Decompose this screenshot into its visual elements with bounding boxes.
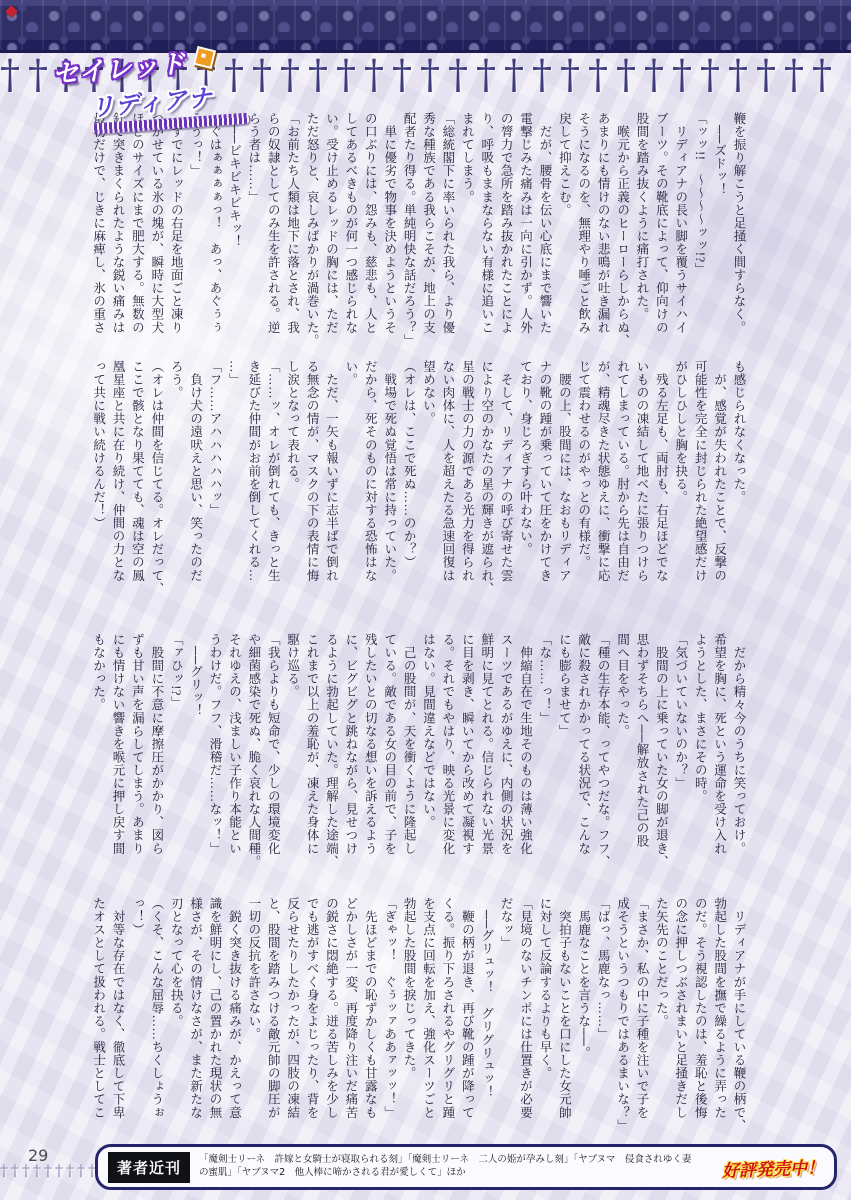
text-line: 刃となって心を抉る。	[166, 897, 185, 1139]
book-title-list: 「魔剣士リーネ 許嫁と女騎士が寝取られる刻」「魔剣士リーネ 二人の姫が孕みし刻」…	[199, 1154, 713, 1180]
text-line: 望めない。	[418, 360, 437, 602]
text-line: ここで骸となり果てても、魂は空の鳳	[127, 360, 146, 602]
text-line: 電撃じみた痛みは一向に引かず。人外	[515, 112, 534, 354]
text-line: もなかった。	[88, 633, 107, 875]
text-line: 戦場で死ぬ覚悟は常に持っていた。	[379, 360, 398, 602]
text-line: 突拍子もないことを口にした女元帥	[554, 897, 573, 1139]
text-line: あまりにも情けのない悲鳴が吐き漏れ	[593, 112, 612, 354]
text-line: 鋭く突き抜ける痛みが、かえって意	[224, 897, 243, 1139]
text-line: により空のかなたの星の輝きが遮られ、	[476, 360, 495, 602]
text-band-3: だから精々今のうちに笑っておけ。希望を胸に、死という運命を受け入れようとした、ま…	[88, 633, 748, 875]
text-line: だから精々今のうちに笑っておけ。	[729, 633, 748, 875]
text-line: 間へ目をやった。	[612, 633, 631, 875]
text-line: 腰の上、股間には、なおもリディア	[554, 360, 573, 602]
text-line: にも膨らませて」	[554, 633, 573, 875]
text-line: 股間の上に乗っていた女の脚が退き、	[651, 633, 670, 875]
text-line: き延びた仲間がお前を倒してくれる…	[243, 360, 262, 602]
text-line: に対して反論するよりも早く。	[535, 897, 554, 1139]
text-line: し涙となって表れる。	[282, 360, 301, 602]
text-line: 最初だけで、じきに麻痺し、氷の重さ	[88, 112, 107, 354]
text-line: に目を剥き、瞬いてから改めて凝視す	[457, 633, 476, 875]
text-line: ている。敵である女の目の前で、子を	[379, 633, 398, 875]
text-line: いものの凍結して地べたに張りつけら	[632, 360, 651, 602]
text-line: 「ばっ、馬鹿なっ……」	[593, 897, 612, 1139]
text-line: 「まさか、私の中に子種を注いで子を	[632, 897, 651, 1139]
text-line: り、呼吸もままならない有様に追いこ	[476, 112, 495, 354]
text-line: はない。見間違えなどではない。	[418, 633, 437, 875]
text-line: らの奴隷としてのみ生を許される。逆	[263, 112, 282, 354]
text-line: まれてしまう。	[457, 112, 476, 354]
text-line: それゆえの、浅ましい子作り本能とい	[224, 633, 243, 875]
text-line: だが、腰骨を伝い心底にまで響いた	[535, 112, 554, 354]
text-line: すでにレッドの右足を地面ごと凍り	[166, 112, 185, 354]
text-line: を支点に回転を加え、強化スーツごと	[418, 897, 437, 1139]
text-line: ううっ！」	[185, 112, 204, 354]
text-line: 秀な種族である我らこそが、地上の支	[418, 112, 437, 354]
text-line: そうになるのを、無理やり唾ごと飲み	[573, 112, 592, 354]
series-logo: セイレッド リディアナ	[52, 46, 252, 116]
text-line: 残る左足も、両肘も、右足ほどでな	[651, 360, 670, 602]
text-line: 成そうというつもりではあるまいな？」	[612, 897, 631, 1139]
text-line: って共に戦い続けるんだ！）	[88, 360, 107, 602]
text-line: 股間を踏み抜くように痛打された。	[632, 112, 651, 354]
text-line: 「ァひッ!?」	[166, 633, 185, 875]
author-upcoming-label: 著者近刊	[108, 1152, 190, 1183]
text-line: そして、リディアナの呼び寄せた雲	[496, 360, 515, 602]
text-line: い。受け止めるレッドの胸には、ただ	[321, 112, 340, 354]
text-line: い。	[340, 360, 359, 602]
text-line: 「ッッ!! ～～～～ッッ!?」	[690, 112, 709, 354]
text-line: 「総統閣下に率いられた我ら、より優	[438, 112, 457, 354]
text-line: らう者は……」	[243, 112, 262, 354]
text-line: くる。振り下ろされるやグリグリと踵	[438, 897, 457, 1139]
text-line: にも情けない響きを喉元に押し戻す間	[108, 633, 127, 875]
text-line: ずも甘い声を漏らしてしまう。あまり	[127, 633, 146, 875]
text-line: 勃起した股間を撫で繰るように弄った	[709, 897, 728, 1139]
text-line: の膂力で急所を踏み抜かれたことによ	[496, 112, 515, 354]
text-line: 可能性を完全に封じられた絶望感だけ	[690, 360, 709, 602]
text-line: 針で突きまくられたような鋭い痛みは	[108, 112, 127, 354]
text-line: 負け犬の遠吠えと思い、笑ったのだ	[185, 360, 204, 602]
text-line: してあるべきものが何一つ感じられな	[340, 112, 359, 354]
text-line: が、感覚が失われたことで、反撃の	[709, 360, 728, 602]
text-line: ナの靴の踵が乗っていて圧をかけてき	[535, 360, 554, 602]
text-line: ただ、一矢も報いずに志半ばで倒れ	[321, 360, 340, 602]
text-line: 先ほどまでの恥ずかしくも甘露なも	[360, 897, 379, 1139]
text-line: リディアナが手にしている鞭の柄で、	[729, 897, 748, 1139]
text-line: ただ怒りと、哀しみばかりが渦巻いた。	[302, 112, 321, 354]
text-line: も感じられなくなった。	[729, 360, 748, 602]
text-line: っ！）	[127, 897, 146, 1139]
text-band-2: も感じられなくなった。 が、感覚が失われたことで、反撃の可能性を完全に封じられた…	[88, 360, 748, 602]
text-line: 対等な存在ではなく、徹底して下卑	[108, 897, 127, 1139]
text-line: 「お前たち人類は地下に落とされ、我	[282, 112, 301, 354]
scanned-novel-page: { "logo": { "line1": "セイレッド", "line2": "…	[0, 0, 851, 1200]
text-line: ほどのサイズにまで肥大する。無数の	[127, 112, 146, 354]
text-line: る。それでもやはり、映る光景に変化	[438, 633, 457, 875]
text-line: これまで以上の羞恥が、凍えた身体に	[302, 633, 321, 875]
text-line: が、精魂尽きた状態ゆえに、衝撃に応	[593, 360, 612, 602]
text-line: 「な……っ！」	[535, 633, 554, 875]
text-line: 駆け巡る。	[282, 633, 301, 875]
text-line: ──グリッ！	[185, 633, 204, 875]
text-line: る無念の情が、マスクの下の表情に悔	[302, 360, 321, 602]
text-line: 配者たり得る。単純明快な話だろう？」	[399, 112, 418, 354]
text-line: 股間に不意に摩擦圧がかかり、図ら	[146, 633, 165, 875]
text-line: 己の股間が、天を衝くように隆起し	[399, 633, 418, 875]
text-line: （オレは仲間を信じてる。オレだって、	[146, 360, 165, 602]
text-line: 鞭の柄が退き、再び靴の踵が降って	[457, 897, 476, 1139]
text-line: に、ビグビグと跳ねながら、見せつけ	[340, 633, 359, 875]
text-line: スーツであるがゆえに、内側の状況を	[496, 633, 515, 875]
corner-accent-gem	[5, 5, 18, 18]
text-line: 「……ッ、オレが倒れても、きっと生	[263, 360, 282, 602]
text-line: 「種の生存本能、ってやつだな。フフ、	[593, 633, 612, 875]
text-line: 一切の反抗を許さない。	[243, 897, 262, 1139]
text-line: がひしひしと胸を抉る。	[670, 360, 689, 602]
text-band-1: 鞭を振り解こうと足掻く間すらなく。 ──ズドッ！「ッッ!! ～～～～ッッ!?」 …	[88, 112, 748, 354]
author-upcoming-box: 著者近刊 「魔剣士リーネ 許嫁と女騎士が寝取られる刻」「魔剣士リーネ 二人の姫が…	[95, 1144, 837, 1190]
text-line: 反らせたりしたかったが、四肢の凍結	[282, 897, 301, 1139]
text-line: リディアナの長い脚を覆うサイハイ	[670, 112, 689, 354]
text-line: ろう。	[166, 360, 185, 602]
text-line: 勃起した股間を捩じってきた。	[399, 897, 418, 1139]
text-line: 凰星座と共に在り続け、仲間の力とな	[108, 360, 127, 602]
text-line: 識を鮮明にし、己の置かれた現状の無	[205, 897, 224, 1139]
text-line: の念に押しつぶされまいと足掻きだし	[670, 897, 689, 1139]
text-line: の鋭さに悶絶する。迸る苦しみを少し	[321, 897, 340, 1139]
text-line: 戻して抑えこむ。	[554, 112, 573, 354]
text-line: るように勃起していた。理解した途端、	[321, 633, 340, 875]
text-line: た矢先のことだった。	[651, 897, 670, 1139]
text-line: うわけだ。フフ、滑稽だ……なッ！」	[205, 633, 224, 875]
text-line: だから、死そのものに対する恐怖はな	[360, 360, 379, 602]
text-line: の口ぶりには、怨みも、慈悲も、人と	[360, 112, 379, 354]
text-line: ──ビキビキビキッ！	[224, 112, 243, 354]
text-line: じて震わせるのがやっとの有様だ。	[573, 360, 592, 602]
text-line: ブーツ。その靴底によって、仰向けの	[651, 112, 670, 354]
text-line: でも逃がすべく身をよじったり、背を	[302, 897, 321, 1139]
text-line: 「気づいていないのか？」	[670, 633, 689, 875]
text-line: 喉元から正義のヒーローらしからぬ、	[612, 112, 631, 354]
on-sale-badge: 好評発売中！	[722, 1153, 825, 1182]
text-line: つかせている氷の塊が、瞬時に大型犬	[146, 112, 165, 354]
text-line: ──ズドッ！	[709, 112, 728, 354]
text-line: ており、身じろぎすら叶わない。	[515, 360, 534, 602]
text-line: 「我らよりも短命で、少しの環境変化	[263, 633, 282, 875]
text-line: や細菌感染で死ぬ、脆く哀れな人間種。	[243, 633, 262, 875]
text-line: 単に優劣で物事を決めようというそ	[379, 112, 398, 354]
text-line: （くそ、こんな屈辱……ちくしょうぉ	[146, 897, 165, 1139]
text-line: …」	[224, 360, 243, 602]
text-line: のだ。そう視認したのは、羞恥と後悔	[690, 897, 709, 1139]
text-line: （オレは、ここで死ぬ……のか？）	[399, 360, 418, 602]
text-band-4: リディアナが手にしている鞭の柄で、勃起した股間を撫で繰るように弄ったのだ。そう視…	[88, 897, 748, 1139]
text-line: ようとした、まさにその時。	[690, 633, 709, 875]
text-line: たオスとして扱われる。戦士としてこ	[88, 897, 107, 1139]
text-line: 「フ……アハハハハハッ」	[205, 360, 224, 602]
text-line: だなッ」	[496, 897, 515, 1139]
text-line: 伸縮自在で生地そのものは薄い強化	[515, 633, 534, 875]
text-line: 残したいとの切なる想いを訴えるよう	[360, 633, 379, 875]
text-line: 敵に殺されかかってる状況で、こんな	[573, 633, 592, 875]
text-line: 「見境のないチンポには仕置きが必要	[515, 897, 534, 1139]
text-line: 鞭を振り解こうと足掻く間すらなく。	[729, 112, 748, 354]
text-line: れてしまっている。肘から先は自由だ	[612, 360, 631, 602]
text-line: 馬鹿なことを言うな──。	[573, 897, 592, 1139]
book-titles-line1: 「魔剣士リーネ 許嫁と女騎士が寝取られる刻」「魔剣士リーネ 二人の姫が孕みし刻」…	[199, 1154, 713, 1167]
text-line: 希望を胸に、死という運命を受け入れ	[709, 633, 728, 875]
book-titles-line2: の蜜肌」「ヤブヌマ2 他人棒に啼かされる君が愛しくて」ほか	[199, 1167, 713, 1180]
text-line: 鮮明に見てとれる。信じられない光景	[476, 633, 495, 875]
text-line: 「ぎゃッ！ ぐぅッァああァッッ！」	[379, 897, 398, 1139]
text-line: どかしさが一変、再度降り注いだ痛苦	[340, 897, 359, 1139]
page-number: 29	[28, 1146, 48, 1165]
text-line: 星の戦士の力の源である光力を得られ	[457, 360, 476, 602]
text-line: 様さが、その情けなさが、また新たな	[185, 897, 204, 1139]
text-line: と、股間を踏みつける敵元帥の脚圧が	[263, 897, 282, 1139]
text-line: 思わずそちらへ──解放された己の股	[632, 633, 651, 875]
text-line: 「ぐはぁぁぁぁっ！ あっ、あぐぅぅ	[205, 112, 224, 354]
text-line: ──グリュッ！ グリグリュッ！	[476, 897, 495, 1139]
text-line: ない肉体に、人を超えたる急速回復は	[438, 360, 457, 602]
